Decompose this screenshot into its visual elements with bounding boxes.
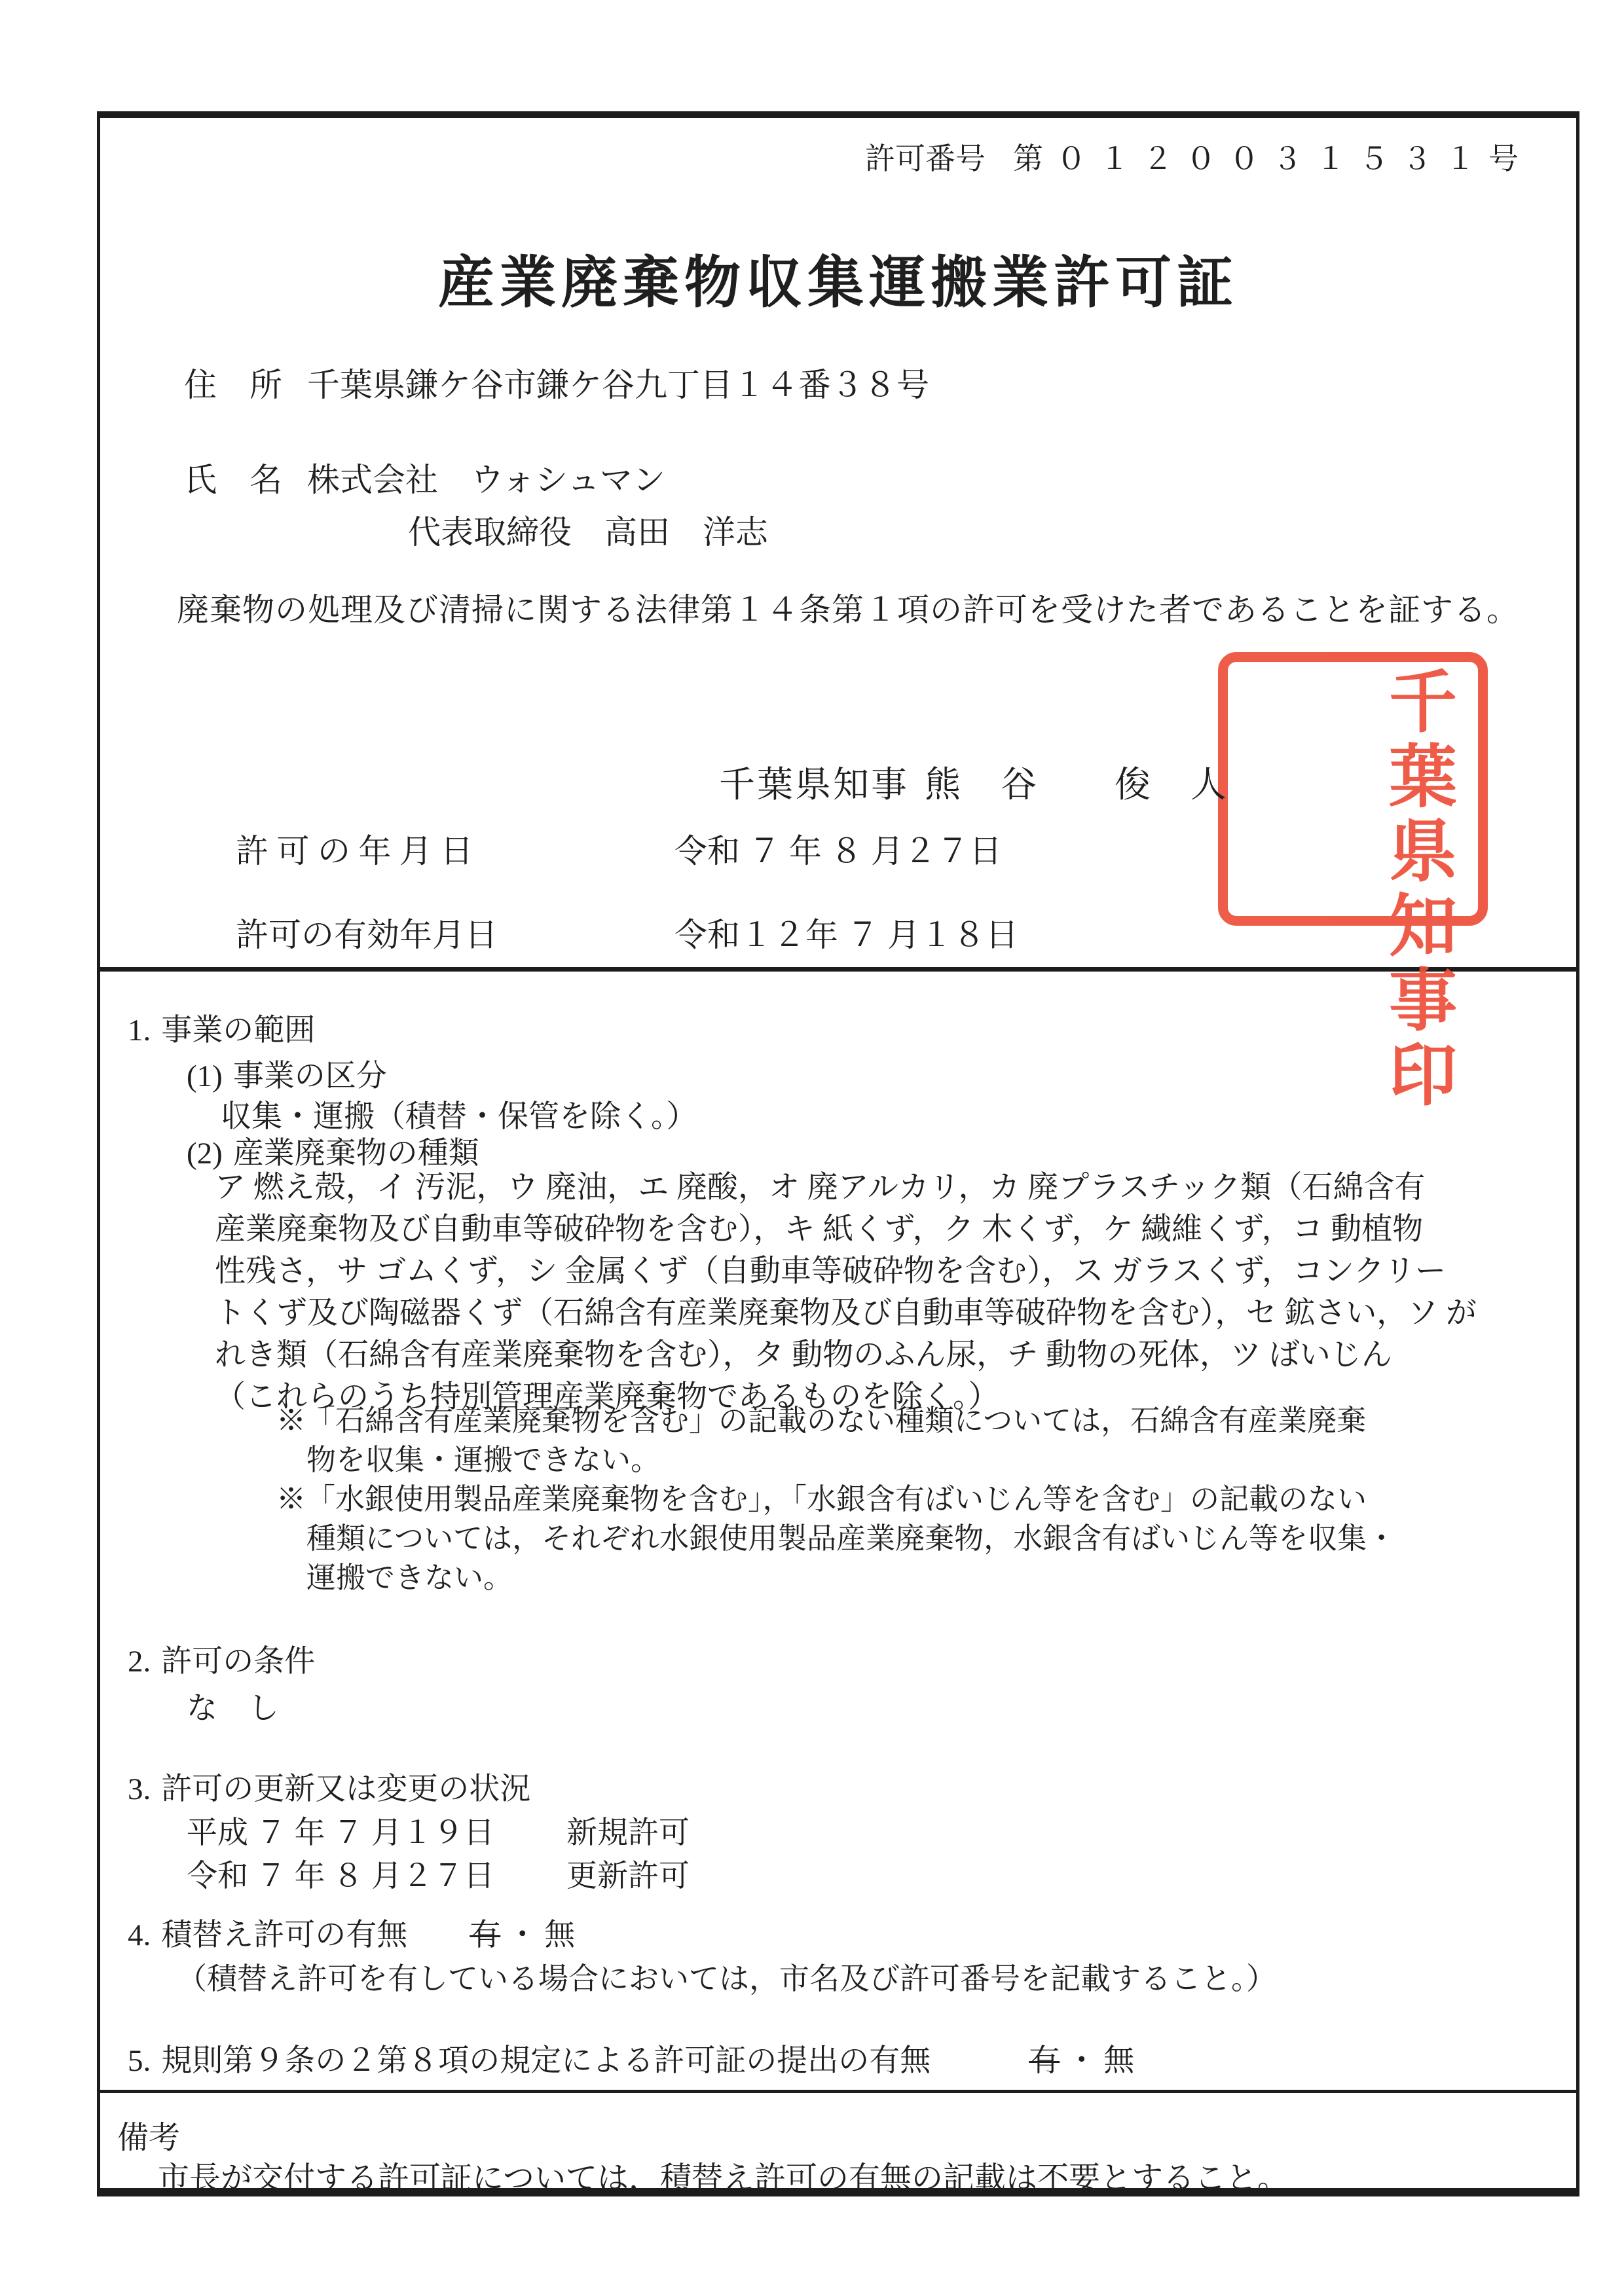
section-1-2-title: 産業廃棄物の種類 bbox=[233, 1137, 479, 1171]
section-1-title: 事業の範囲 bbox=[161, 1013, 315, 1048]
history-row: 令和 ７ 年 ８ 月２７日更新許可 bbox=[187, 1851, 690, 1895]
expiry-date-value: 令和１２年 ７ 月１８日 bbox=[674, 909, 1018, 956]
section-1-1-title: 事業の区分 bbox=[233, 1059, 387, 1093]
section-5-heading: 5.規則第９条の２第８項の規定による許可証の提出の有無有・無 bbox=[128, 2036, 1134, 2080]
document-frame: 許可番号第０１２００３１５３１号 産業廃棄物収集運搬業許可証 住 所千葉県鎌ケ谷… bbox=[97, 111, 1579, 2196]
permit-number-label: 許可番号 bbox=[865, 142, 986, 175]
permit-conditions-value: な し bbox=[187, 1684, 279, 1728]
section-divider-remarks bbox=[100, 2090, 1576, 2093]
section-5-title: 規則第９条の２第８項の規定による許可証の提出の有無 bbox=[161, 2044, 931, 2078]
section-4-number: 4. bbox=[128, 1918, 151, 1952]
section-4-title: 積替え許可の有無 bbox=[161, 1918, 407, 1952]
option-yes-struck: 有 bbox=[1029, 2044, 1060, 2078]
remarks-body: 市長が交付する許可証については，積替え許可の有無の記載は不要とすること。 bbox=[158, 2153, 1289, 2198]
governor-name: 熊 谷 俊 人 bbox=[925, 765, 1228, 805]
governor-title: 千葉県知事 bbox=[719, 765, 909, 805]
section-3-heading: 3.許可の更新又は変更の状況 bbox=[128, 1764, 530, 1808]
section-1-2-number: (2) bbox=[187, 1137, 223, 1171]
address-label: 住 所 bbox=[184, 367, 282, 403]
permit-date-value: 令和 ７ 年 ８ 月２７日 bbox=[674, 825, 1002, 872]
transshipment-options: 有・無 bbox=[470, 1918, 575, 1952]
submission-options: 有・無 bbox=[1029, 2044, 1134, 2078]
name-value: 株式会社 ウォシュマン bbox=[307, 462, 665, 498]
history-row: 平成 ７ 年 ７ 月１９日新規許可 bbox=[187, 1808, 690, 1852]
transshipment-note: （積替え許可を有している場合においては，市名及び許可番号を記載すること。） bbox=[177, 1955, 1276, 1998]
section-3-title: 許可の更新又は変更の状況 bbox=[161, 1772, 530, 1806]
page-title: 産業廃棄物収集運搬業許可証 bbox=[100, 237, 1576, 318]
history-type: 更新許可 bbox=[566, 1859, 690, 1893]
section-2-heading: 2.許可の条件 bbox=[128, 1637, 315, 1681]
seal-script-text: 千葉県知事印 bbox=[1232, 666, 1474, 912]
option-yes-struck: 有 bbox=[470, 1918, 500, 1952]
option-no: 無 bbox=[1103, 2044, 1134, 2078]
representative-row: 代表取締役 高田 洋志 bbox=[408, 506, 768, 553]
remarks-label: 備考 bbox=[117, 2112, 180, 2157]
official-red-seal: 千葉県知事印 bbox=[1218, 652, 1488, 926]
option-separator: ・ bbox=[1066, 2044, 1097, 2078]
representative-value: 代表取締役 高田 洋志 bbox=[408, 514, 768, 551]
certification-statement: 廃棄物の処理及び清掃に関する法律第１４条第１項の許可を受けた者であることを証する… bbox=[177, 585, 1519, 630]
permit-date-label: 許 可 の 年 月 日 bbox=[236, 825, 473, 872]
history-date: 平成 ７ 年 ７ 月１９日 bbox=[187, 1808, 566, 1852]
name-row: 氏 名株式会社 ウォシュマン bbox=[184, 454, 665, 501]
section-5-number: 5. bbox=[128, 2044, 151, 2078]
history-type: 新規許可 bbox=[566, 1816, 690, 1850]
section-1-2-heading: (2)産業廃棄物の種類 bbox=[187, 1129, 479, 1173]
section-3-number: 3. bbox=[128, 1772, 151, 1806]
section-2-number: 2. bbox=[128, 1645, 151, 1679]
expiry-date-label: 許可の有効年月日 bbox=[236, 909, 498, 956]
section-1-1-heading: (1)事業の区分 bbox=[187, 1051, 387, 1095]
permit-number: 許可番号第０１２００３１５３１号 bbox=[865, 135, 1532, 178]
section-1-heading: 1.事業の範囲 bbox=[128, 1006, 315, 1049]
permit-number-value: 第０１２００３１５３１号 bbox=[1013, 142, 1532, 175]
scanned-permit-page: 許可番号第０１２００３１５３１号 産業廃棄物収集運搬業許可証 住 所千葉県鎌ケ谷… bbox=[0, 0, 1624, 2296]
section-1-number: 1. bbox=[128, 1013, 151, 1048]
governor-signature: 千葉県知事熊 谷 俊 人 bbox=[719, 756, 1228, 807]
section-2-title: 許可の条件 bbox=[161, 1645, 315, 1679]
asbestos-note: ※「石綿含有産業廃棄物を含む」の記載のない種類については，石綿含有産業廃棄 物を… bbox=[276, 1401, 1524, 1480]
name-label: 氏 名 bbox=[184, 462, 282, 498]
address-value: 千葉県鎌ケ谷市鎌ケ谷九丁目１４番３８号 bbox=[307, 367, 929, 403]
option-no: 無 bbox=[544, 1918, 575, 1952]
waste-types-paragraph: ア 燃え殻，イ 汚泥，ウ 廃油，エ 廃酸，オ 廃アルカリ，カ 廃プラスチック類（… bbox=[215, 1167, 1531, 1418]
section-divider-top bbox=[100, 967, 1576, 972]
section-4-heading: 4.積替え許可の有無有・無 bbox=[128, 1910, 575, 1954]
section-1-1-number: (1) bbox=[187, 1059, 223, 1093]
address-row: 住 所千葉県鎌ケ谷市鎌ケ谷九丁目１４番３８号 bbox=[184, 359, 929, 406]
mercury-note: ※「水銀使用製品産業廃棄物を含む」，「水銀含有ばいじん等を含む」の記載のない 種… bbox=[276, 1480, 1524, 1597]
history-date: 令和 ７ 年 ８ 月２７日 bbox=[187, 1851, 566, 1895]
option-separator: ・ bbox=[507, 1918, 538, 1952]
